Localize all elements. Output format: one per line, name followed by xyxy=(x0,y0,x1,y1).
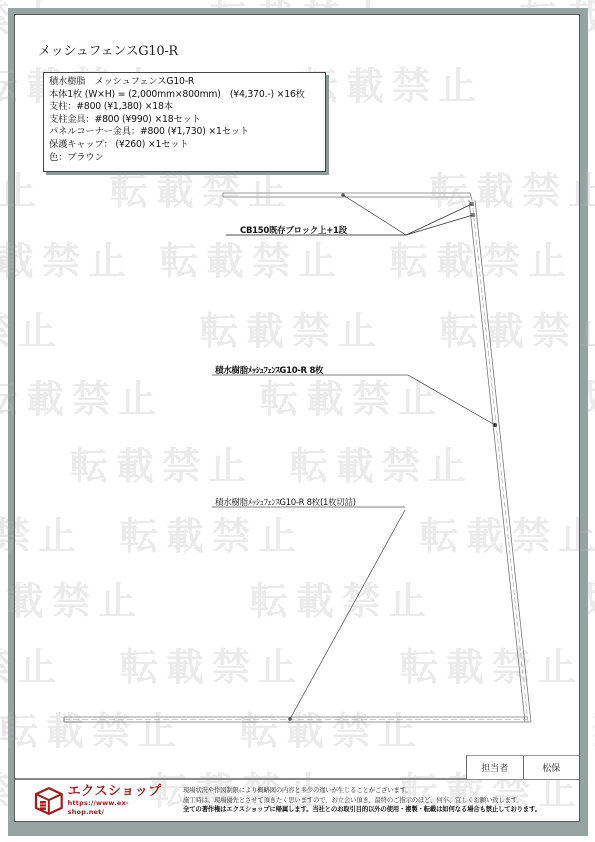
logo-url[interactable]: https://www.ex-shop.net/ xyxy=(68,799,164,817)
notice-line: 施工時は、現場優先とさせて頂きたく思いますので、お立会い頂き、最終のご指示のほど… xyxy=(183,796,575,806)
fence-bottom-run xyxy=(64,717,531,722)
staff-name: 松保 xyxy=(523,756,580,779)
spec-line-panel: 本体1枚 (W×H) = (2,000mm×800mm) (¥4,370.-) … xyxy=(49,89,320,102)
fence-top-segment xyxy=(223,193,472,200)
staff-label: 担当者 xyxy=(467,756,523,779)
notice-line-copyright: 全ての著作権はエクスショップに帰属します。当社とのお取引目的以外の使用・複製・転… xyxy=(183,805,575,815)
spec-line-post: 支柱：#800 (¥1,380) ×18本 xyxy=(49,101,320,114)
notice-line: 現場状況や作図制限により概略図の内容と多少の違いが生じることがございます。 xyxy=(183,786,575,796)
drawing-content: メッシュフェンスG10-R 積水樹脂 メッシュフェンスG10-R 本体1枚 (W… xyxy=(0,0,595,842)
footer-notice: 現場状況や作図制限により概略図の内容と多少の違いが生じることがございます。 施工… xyxy=(183,786,575,815)
staff-table: 担当者 松保 xyxy=(466,755,579,779)
spec-line-color: 色：ブラウン xyxy=(49,152,320,165)
spec-line-corner-bracket: パネルコーナー金具：#800 (¥1,730) ×1セット xyxy=(49,126,320,139)
box-logo-icon xyxy=(34,786,64,816)
company-logo: エクスショップ https://www.ex-shop.net/ xyxy=(34,784,164,818)
spec-line-product: 積水樹脂 メッシュフェンスG10-R xyxy=(49,76,320,89)
spec-line-cap: 保護キャップ： (¥260) ×1セット xyxy=(49,139,320,152)
logo-name: エクスショップ xyxy=(68,785,164,799)
spec-line-post-bracket: 支柱金具：#800 (¥990) ×18セット xyxy=(49,114,320,127)
fence-right-run xyxy=(469,200,531,722)
spec-box: 積水樹脂 メッシュフェンスG10-R 本体1枚 (W×H) = (2,000mm… xyxy=(43,72,326,172)
